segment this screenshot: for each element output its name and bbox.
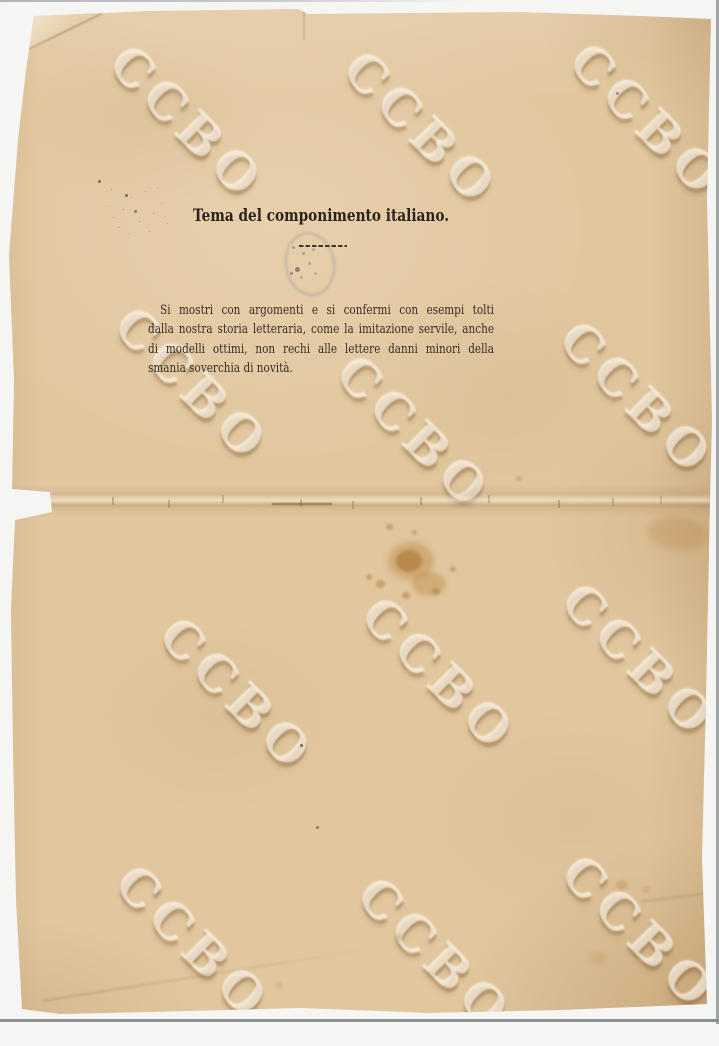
stain-spot: [432, 588, 440, 595]
scan-edge-bottom: [0, 1019, 719, 1022]
stain-spot: [276, 982, 283, 988]
stain-spot: [402, 592, 410, 599]
ink-speck: [300, 744, 303, 747]
essay-prompt-paragraph: Si mostri con argomenti e si confermi co…: [148, 301, 494, 378]
divider-rule: [299, 245, 347, 247]
paper-sheet: CCBOCCBOCCBOCCBOCCBOCCBOCCBOCCBOCCBOCCBO…: [0, 0, 719, 1024]
paragraph-line: di modelli ottimi, non rechi alle letter…: [148, 340, 494, 359]
paragraph-line: Si mostri con argomenti e si confermi co…: [148, 301, 494, 320]
stain-spot: [376, 580, 385, 588]
ink-speck: [616, 92, 619, 95]
fold-crease: [0, 484, 719, 518]
blue-stamp-specks: [292, 246, 295, 249]
stain-spot: [516, 476, 522, 481]
stain-spot: [412, 530, 417, 535]
stain-blob: [412, 572, 446, 596]
paragraph-line: smania soverchia di novità.: [148, 359, 494, 378]
scan-edge-top: [0, 0, 500, 2]
stain-spot: [386, 524, 393, 530]
page-title: Tema del componimento italiano.: [148, 206, 494, 226]
paragraph-line: dalla nostra storia letteraria, come la …: [148, 320, 494, 339]
stain-spot: [366, 574, 372, 580]
stain-spot: [642, 886, 650, 893]
ink-speckles: [98, 180, 101, 183]
stain-spot: [616, 880, 628, 890]
top-edge-crease: [303, 10, 305, 40]
fold-crease-cracks: [112, 497, 114, 505]
stain-spot: [450, 566, 456, 572]
stain-spot: [590, 952, 606, 964]
stain-spot: [432, 138, 437, 143]
ink-speck: [316, 826, 319, 829]
stain-spot: [396, 934, 404, 941]
fold-crease-dark-mark: [272, 503, 332, 505]
stain-blob: [396, 550, 422, 572]
